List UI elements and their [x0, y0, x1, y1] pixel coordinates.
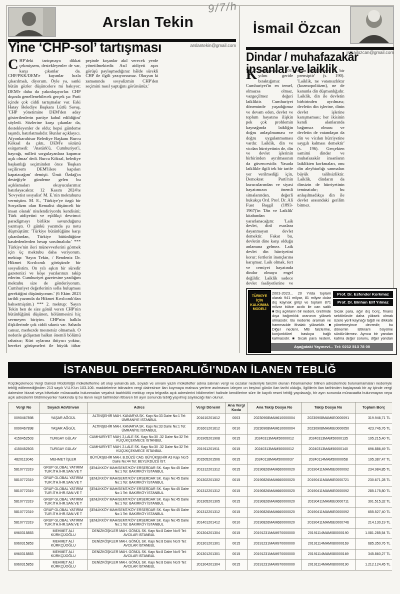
table-cell: MEHMET ALİ KÜRKÇÜOĞLU — [39, 549, 87, 560]
table-cell: 6960315853 — [8, 528, 39, 539]
book-cover-image: TÜRKİYE İÇİN KALKINMA MODELİ — [248, 290, 271, 353]
table-cell: DENİZKÖŞKLER MAH. GÖNÜL SK. Kapı No:8 Da… — [87, 539, 191, 550]
book-cover-title: TÜRKİYE İÇİN KALKINMA MODELİ — [249, 291, 270, 312]
table-cell: 201302201302 — [191, 475, 225, 486]
table-cell: 201301201301 — [191, 539, 225, 550]
table-cell: 0015 — [225, 465, 247, 476]
table-cell: 0015 — [225, 486, 247, 497]
table-cell: 20240114MAM50000058 — [301, 455, 355, 465]
table-cell: ALTINŞEHİR MAH. KANARYA SK. Kapı No:33 D… — [87, 413, 191, 423]
column-header: Adres — [87, 402, 191, 413]
table-cell: 201911201911 — [191, 444, 225, 454]
book-ad-bullets-left-region: ■ Dış açıkların bir nedeni, üretimde dış… — [272, 309, 331, 341]
table-cell: 0015 — [225, 549, 247, 560]
table-row: 0090467898YAŞAR AĞGÜLALTINŞEHİR MAH. KAN… — [8, 413, 392, 423]
table-cell: 20230908MAM6E0000050 — [301, 424, 355, 434]
table-cell: ŞENLİKKÖY MAH/SEMT/KÖY ERSERDAR SK. Kapı… — [87, 507, 191, 518]
table-cell: CUMHURİYET MAH. 2.LALE SK. Kapı No:30 -3… — [87, 444, 191, 454]
table-cell: 20240118MAM50000037 — [247, 455, 301, 465]
table-row: 6960315853MEHMET ALİ KÜRKÇÜOĞLUDENİZKÖŞK… — [8, 539, 392, 550]
table-row: 4820113046MEHMET İŞLERBÜYÜKŞEHİR MAH. B.… — [8, 455, 392, 465]
tax-table-head-row: Vergi NoSoyadı Adı/UnvanAdresVergi Dönem… — [8, 402, 392, 413]
table-cell: 20190826MAM660000020 — [247, 518, 301, 529]
table-cell: 696.886,49 TL — [355, 444, 392, 454]
table-cell: BÜYÜKŞEHİR MAH. B.DÜZÜ CAD. BÜYÜKŞEHİR A… — [87, 455, 191, 465]
table-cell: TURGAY GÜLAY — [39, 434, 87, 444]
author-name: Arslan Tekin — [60, 14, 236, 31]
book-author-1: Prof. Dr. Esfender Korkmaz — [333, 291, 393, 298]
table-row: 5810772319GRUP GLOBAL YATIRIM TUR.İTH.İH… — [8, 518, 392, 529]
table-cell: 201905201908 — [191, 434, 225, 444]
book-ad-intro: 2003-2023... 20 Yılda toplam olarak 941 … — [272, 291, 331, 308]
author-portrait-graphic — [9, 8, 55, 36]
table-row: 4150452503TURGAY GÜLAYCUMHURİYET MAH. 2.… — [8, 444, 392, 454]
table-cell: ŞENLİKKÖY MAH/SEMT/KÖY ERSERDAR SK. Kapı… — [87, 518, 191, 529]
table-cell: 5810772319 — [8, 465, 39, 476]
table-cell: 20190411MAM6E0000711 — [301, 497, 355, 508]
right-article-body-region: Kuruluşunun 101. yılını geride bıraktığı… — [246, 68, 396, 286]
left-article-body: CHP'deki tartışmaya dikkat çekmişsem, de… — [8, 58, 236, 352]
table-cell: ŞENLİKKÖY MAH/SEMT/KÖY ERSERDAR SK. Kapı… — [87, 486, 191, 497]
table-cell: ŞENLİKKÖY MAH/SEMT/KÖY ERSERDAR SK. Kapı… — [87, 497, 191, 508]
table-cell: 201305201305 — [191, 497, 225, 508]
table-cell: 5810772319 — [8, 486, 39, 497]
table-cell: GRUP GLOBAL YATIRIM TUR.İTH.İHR.SAN.VE T — [39, 518, 87, 529]
table-cell: 20190411MAM6E0000092 — [301, 486, 355, 497]
table-cell: 20240313MAM50000140 — [301, 444, 355, 454]
table-row: 4150452503TURGAY GÜLAYCUMHURİYET MAH. 2.… — [8, 434, 392, 444]
table-cell: 201610201612 — [191, 413, 225, 423]
table-row: 5810772319GRUP GLOBAL YATIRIM TUR.İTH.İH… — [8, 465, 392, 476]
table-cell: 345.860,27 TL — [355, 549, 392, 560]
table-cell: GRUP GLOBAL YATIRIM TUR.İTH.İHR.SAN.VE T — [39, 486, 87, 497]
table-cell: ŞENLİKKÖY MAH/SEMT/KÖY ERSERDAR SK. Kapı… — [87, 475, 191, 486]
column-header: Vergi Dönemi — [191, 402, 225, 413]
table-cell: 201304201304 — [191, 528, 225, 539]
tax-table-body: 0090467898YAŞAR AĞGÜLALTINŞEHİR MAH. KAN… — [8, 413, 392, 570]
tax-table: Vergi NoSoyadı Adı/UnvanAdresVergi Dönem… — [8, 402, 392, 571]
book-ad-intro-region: 2003-2023... 20 Yılda toplam olarak 941 … — [272, 291, 331, 308]
book-ad[interactable]: TÜRKİYE İÇİN KALKINMA MODELİ Prof. Dr. E… — [246, 288, 397, 355]
table-cell: 5810772319 — [8, 518, 39, 529]
table-cell: 0090467898 — [8, 413, 39, 423]
table-cell: 20190826MAM660000020 — [247, 486, 301, 497]
table-cell: ŞENLİKKÖY MAH/SEMT/KÖY ERSERDAR SK. Kapı… — [87, 465, 191, 476]
table-row: 5810772319GRUP GLOBAL YATIRIM TUR.İTH.İH… — [8, 497, 392, 508]
notice-title-bar: İSTANBUL DEFTERDARLIĞI'NDAN İLANEN TEBLİ… — [8, 362, 392, 378]
table-row: 6960315853MEHMET ALİ KÜRKÇÜOĞLUDENİZKÖŞK… — [8, 549, 392, 560]
table-cell: 6960315853 — [8, 539, 39, 550]
table-cell: 1.212.124,45 TL — [355, 560, 392, 571]
book-ad-bullets-right: Sıcak para, ağır dış borç, finans sektör… — [334, 309, 393, 341]
table-cell: GRUP GLOBAL YATIRIM TUR.İTH.İHR.SAN.VE T — [39, 475, 87, 486]
table-cell: CUMHURİYET MAH. 2.LALE SK. Kapı No:30 -3… — [87, 434, 191, 444]
column-header: Vergi No — [8, 402, 39, 413]
table-cell: 5810772319 — [8, 475, 39, 486]
table-cell: 0015 — [225, 497, 247, 508]
table-cell: 20190411MAM6E0000092 — [301, 465, 355, 476]
column-header: Ana Takip Dosya No — [247, 402, 301, 413]
table-cell: 0003 — [225, 413, 247, 423]
table-cell: 423.746,76 TL — [355, 424, 392, 434]
table-cell: 0010 — [225, 518, 247, 529]
table-cell: 0015 — [225, 434, 247, 444]
table-cell: 20190826MAM660000020 — [247, 507, 301, 518]
table-cell: 0015 — [225, 507, 247, 518]
table-cell: 20190411MAM6E0000746 — [301, 518, 355, 529]
table-cell: 20191231MAM970000000 — [247, 528, 301, 539]
table-cell: 0015 — [225, 539, 247, 550]
column-header: Soyadı Adı/Unvan — [39, 402, 87, 413]
table-cell: 201304201304 — [191, 560, 225, 571]
column-header: Takip Dosya No — [301, 402, 355, 413]
right-columnist-header: İsmail Özcan ismailozcan@gmail.com — [246, 6, 394, 58]
table-cell: DENİZKÖŞKLER MAH. GÖNÜL SK. Kapı No:8 Da… — [87, 549, 191, 560]
table-cell: GRUP GLOBAL YATIRIM TUR.İTH.İHR.SAN.VE T — [39, 465, 87, 476]
left-article-body-region: CHP'deki tartışmaya dikkat çekmişsem, de… — [8, 58, 236, 352]
table-cell: DENİZKÖŞKLER MAH. GÖNÜL SK. Kapı No:8 Da… — [87, 528, 191, 539]
author-photo — [350, 6, 394, 44]
table-cell: 0010 — [225, 424, 247, 434]
notice-intro-region: Küçükçekmece Vergi Dairesi Müdürlüğü mük… — [8, 381, 392, 401]
table-cell: 20191231MAM970000000 — [247, 560, 301, 571]
table-row: 5810772319GRUP GLOBAL YATIRIM TUR.İTH.İH… — [8, 475, 392, 486]
table-cell: 201301201301 — [191, 549, 225, 560]
table-cell: 20230908MAM610000004 — [247, 424, 301, 434]
table-cell: 20190826MAM660000020 — [247, 465, 301, 476]
table-cell: 4820113046 — [8, 455, 39, 465]
table-cell: 4150452503 — [8, 444, 39, 454]
book-ad-bullets-right-region: Sıcak para, ağır dış borç, finans sektör… — [334, 309, 393, 341]
table-cell: 20191114MAM080000190 — [301, 528, 355, 539]
author-photo — [8, 7, 56, 37]
table-cell: 230.671,28 TL — [355, 475, 392, 486]
book-ad-footer-text: Aşağıdaki Yayınevi... Tel: 0212 513 78 0… — [271, 343, 393, 351]
table-cell: ALTINŞEHİR MAH. KANARYA SK. Kapı No:33 D… — [87, 424, 191, 434]
author-name: İsmail Özcan — [246, 20, 348, 36]
table-cell: 1.081.285,54 TL — [355, 528, 392, 539]
table-cell: 4150452503 — [8, 434, 39, 444]
table-cell: 195.215,40 TL — [355, 434, 392, 444]
table-row: 6960315853MEHMET ALİ KÜRKÇÜOĞLUDENİZKÖŞK… — [8, 560, 392, 571]
tax-table-region: Vergi NoSoyadı Adı/UnvanAdresVergi Dönem… — [8, 402, 392, 594]
table-cell: 685.350,76 TL — [355, 539, 392, 550]
table-row: 0090467898YAŞAR AĞGÜLALTINŞEHİR MAH. KAN… — [8, 424, 392, 434]
table-cell: 201312201312 — [191, 486, 225, 497]
table-cell: GRUP GLOBAL YATIRIM TUR.İTH.İHR.SAN.VE T — [39, 507, 87, 518]
table-cell: YAŞAR AĞGÜL — [39, 424, 87, 434]
table-cell: 0015 — [225, 455, 247, 465]
table-cell: 201312201312 — [191, 507, 225, 518]
table-cell: 20191231MAM970000000 — [247, 539, 301, 550]
table-cell: 214.130,19 TL — [355, 518, 392, 529]
table-cell: MEHMET ALİ KÜRKÇÜOĞLU — [39, 539, 87, 550]
column-header: Toplam Borç — [355, 402, 392, 413]
table-cell: 20191231MAM970000000 — [247, 549, 301, 560]
table-cell: 195.387,47 TL — [355, 455, 392, 465]
table-cell: 5810772319 — [8, 507, 39, 518]
table-row: 6960315853MEHMET ALİ KÜRKÇÜOĞLUDENİZKÖŞK… — [8, 528, 392, 539]
table-cell: 20190826MAM660000020 — [247, 497, 301, 508]
table-cell: 20240313MAM50000135 — [301, 434, 355, 444]
table-cell: 20240313MAM50000012 — [247, 444, 301, 454]
notice-intro-text: Küçükçekmece Vergi Dairesi Müdürlüğü mük… — [8, 381, 392, 400]
left-edge-rule — [6, 5, 7, 353]
table-cell: 20191114MAM080000169 — [301, 549, 355, 560]
table-cell: 20191114MAM080000190 — [301, 560, 355, 571]
table-cell: MEHMET ALİ KÜRKÇÜOĞLU — [39, 560, 87, 571]
table-cell: 0090467898 — [8, 424, 39, 434]
table-cell: 20191114MAM080000169 — [301, 539, 355, 550]
table-cell: 20230908MAM610000004 — [247, 413, 301, 423]
table-row: 5810772319GRUP GLOBAL YATIRIM TUR.İTH.İH… — [8, 486, 392, 497]
table-cell: 20230908MAM6E0000091 — [301, 413, 355, 423]
table-cell: 6960315853 — [8, 560, 39, 571]
book-ad-bullets-left: ■ Dış açıkların bir nedeni, üretimde dış… — [272, 309, 331, 341]
column-divider — [239, 5, 240, 353]
table-cell: 0015 — [225, 475, 247, 486]
notice-title: İSTANBUL DEFTERDARLIĞI'NDAN İLANEN TEBLİ… — [64, 364, 337, 376]
table-cell: 20190826MAM660000020 — [247, 475, 301, 486]
table-cell: 285.175,80 TL — [355, 486, 392, 497]
table-cell: 0015 — [225, 528, 247, 539]
table-cell: 201505201506 — [191, 455, 225, 465]
left-article-headline: Yine ‘CHP-sol’ tartışması — [8, 40, 236, 55]
table-cell: 6960315853 — [8, 549, 39, 560]
table-cell: 201401201412 — [191, 518, 225, 529]
table-cell: 20240313MAM50000012 — [247, 434, 301, 444]
table-cell: GRUP GLOBAL YATIRIM TUR.İTH.İHR.SAN.VE T — [39, 497, 87, 508]
book-ad-authors: Prof. Dr. Esfender Korkmaz Prof. Dr. Bin… — [333, 291, 393, 306]
table-cell: 201312201312 — [191, 465, 225, 476]
table-cell: 234.984,85 TL — [355, 465, 392, 476]
table-row: 5810772319GRUP GLOBAL YATIRIM TUR.İTH.İH… — [8, 507, 392, 518]
table-cell: MEHMET İŞLER — [39, 455, 87, 465]
table-cell: 20190411MAM6E0000721 — [301, 475, 355, 486]
table-cell: 319.946,71 TL — [355, 413, 392, 423]
table-cell: TURGAY GÜLAY — [39, 444, 87, 454]
table-cell: 391.515,32 TL — [355, 497, 392, 508]
table-cell: 0015 — [225, 560, 247, 571]
author-portrait-graphic — [351, 7, 393, 43]
table-cell: MEHMET ALİ KÜRKÇÜOĞLU — [39, 528, 87, 539]
book-ad-footer-bar: Aşağıdaki Yayınevi... Tel: 0212 513 78 0… — [271, 343, 393, 351]
table-cell: 5810772319 — [8, 497, 39, 508]
table-cell: 655.527,40 TL — [355, 507, 392, 518]
table-cell: 20190411MAM6E0000092 — [301, 507, 355, 518]
book-author-2: Prof. Dr. Binhan Elif Yılmaz — [333, 299, 393, 306]
table-cell: DENİZKÖŞKLER MAH. GÖNÜL SK. Kapı No:8 Da… — [87, 560, 191, 571]
table-cell: 201601201612 — [191, 424, 225, 434]
right-article-body: Kuruluşunun 101. yılını geride bıraktığı… — [246, 68, 396, 286]
table-cell: YAŞAR AĞGÜL — [39, 413, 87, 423]
column-header: Ana Vergi Kodu — [225, 402, 247, 413]
table-cell: 0015 — [225, 444, 247, 454]
